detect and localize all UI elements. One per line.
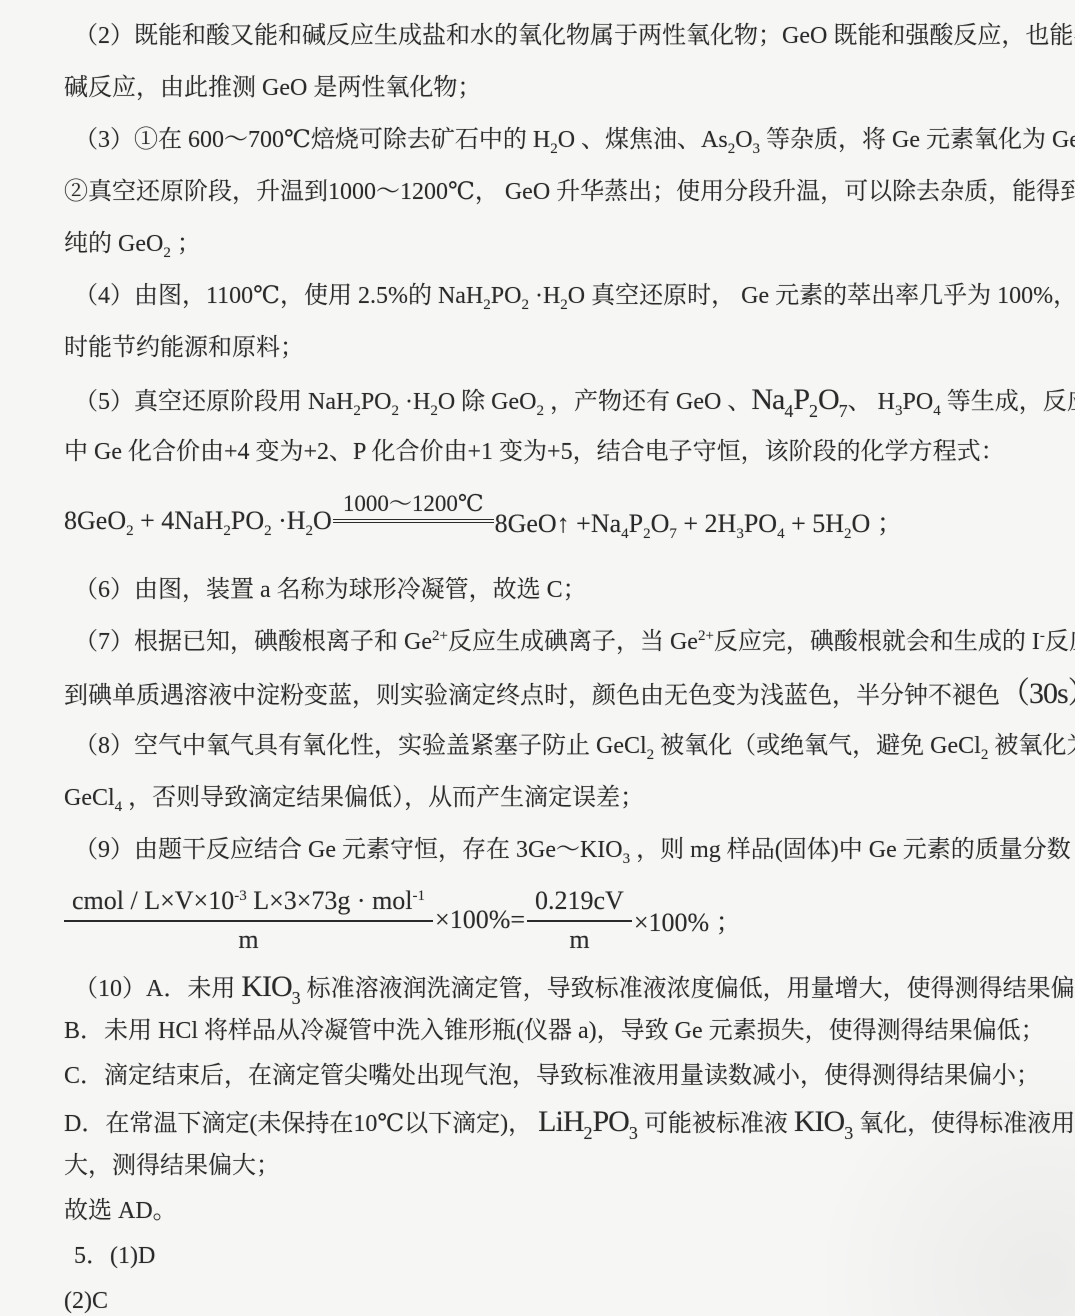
document-line: 中 Ge 化合价由+4 变为+2、P 化合价由+1 变为+5，结合电子守恒，该阶… (64, 426, 1039, 478)
document-line: （9）由题干反应结合 Ge 元素守恒，存在 3Ge～KIO3 ，则 mg 样品(… (64, 824, 1039, 876)
document-page: （2）既能和酸又能和碱反应生成盐和水的氧化物属于两性氧化物；GeO 既能和强酸反… (0, 0, 1075, 1316)
document-line: B．未用 HCl 将样品从冷凝管中洗入锥形瓶(仪器 a)，导致 Ge 元素损失，… (64, 1009, 1039, 1054)
document-line: 碱反应，由此推测 GeO 是两性氧化物； (64, 62, 1039, 114)
fraction-numerator: 0.219cV (527, 886, 632, 922)
chemical-formula: Na4P2O7 (751, 383, 847, 416)
fraction-left: cmol / L×V×10-3 L×3×73g · mol-1m (64, 886, 433, 955)
document-line: （8）空气中氧气具有氧化性，实验盖紧塞子防止 GeCl2 被氧化（或绝氧气，避免… (64, 720, 1039, 772)
document-line: 5．(1)D (64, 1234, 1039, 1279)
fraction-right: 0.219cVm (527, 886, 632, 955)
document-line: （6）由图，装置 a 名称为球形冷凝管，故选 C； (64, 564, 1039, 616)
document-line: 到碘单质遇溶液中淀粉变蓝，则实验滴定终点时，颜色由无色变为浅蓝色，半分钟不褪色（… (64, 668, 1039, 720)
times-100-percent: ×100% ； (632, 902, 744, 939)
fraction-numerator: cmol / L×V×10-3 L×3×73g · mol-1 (64, 886, 433, 922)
equals-times-100: ×100%= (433, 905, 527, 935)
chemical-formula: LiH2PO3 (538, 1105, 638, 1138)
document-line: 大，测得结果偏大； (64, 1144, 1039, 1189)
chemical-equation: 8GeO2 + 4NaH2PO2 ·H2O1000～1200℃8GeO↑ +Na… (64, 478, 1039, 564)
document-line: ②真空还原阶段，升温到1000～1200℃， GeO 升华蒸出；使用分段升温，可… (64, 166, 1039, 218)
fraction-denominator: m (527, 922, 632, 955)
fraction-denominator: m (64, 922, 433, 955)
document-line: （2）既能和酸又能和碱反应生成盐和水的氧化物属于两性氧化物；GeO 既能和强酸反… (64, 10, 1039, 62)
chemical-formula: KIO3 (241, 970, 300, 1003)
document-line: （10）A．未用 KIO3 标准溶液润洗滴定管，导致标准液浓度偏低，用量增大，使… (64, 964, 1039, 1009)
equation-rhs: 8GeO↑ +Na4P2O7 + 2H3PO4 + 5H2O ； (495, 503, 903, 540)
document-line: 纯的 GeO2 ； (64, 218, 1039, 270)
chemical-formula: （30s） (1000, 677, 1075, 710)
document-line: GeCl4 ，否则导致滴定结果偏低），从而产生滴定误差； (64, 772, 1039, 824)
reaction-condition: 1000～1200℃ (333, 491, 494, 523)
document-line: （7）根据已知，碘酸根离子和 Ge2+反应生成碘离子，当 Ge2+反应完，碘酸根… (64, 616, 1039, 668)
document-line: 故选 AD。 (64, 1189, 1039, 1234)
chemical-formula: KIO3 (794, 1105, 853, 1138)
document-line: （5）真空还原阶段用 NaH2PO2 ·H2O 除 GeO2 ，产物还有 GeO… (64, 374, 1039, 426)
document-line: （3）①在 600～700℃焙烧可除去矿石中的 H2O 、煤焦油、As2O3 等… (64, 114, 1039, 166)
document-line: 时能节约能源和原料； (64, 322, 1039, 374)
mass-fraction-formula: cmol / L×V×10-3 L×3×73g · mol-1m×100%=0.… (64, 876, 1039, 964)
document-line: （4）由图，1100℃，使用 2.5%的 NaH2PO2 ·H2O 真空还原时，… (64, 270, 1039, 322)
document-line: D．在常温下滴定(未保持在10℃以下滴定)， LiH2PO3 可能被标准液 KI… (64, 1099, 1039, 1144)
scanned-document-photo: { "page": { "background": "#f6f6f5", "in… (0, 0, 1075, 1316)
equation-lhs: 8GeO2 + 4NaH2PO2 ·H2O (64, 506, 332, 536)
document-line: (2)C (64, 1279, 1039, 1316)
document-line: C．滴定结束后，在滴定管尖嘴处出现气泡，导致标准液用量读数减小，使得测得结果偏小… (64, 1054, 1039, 1099)
